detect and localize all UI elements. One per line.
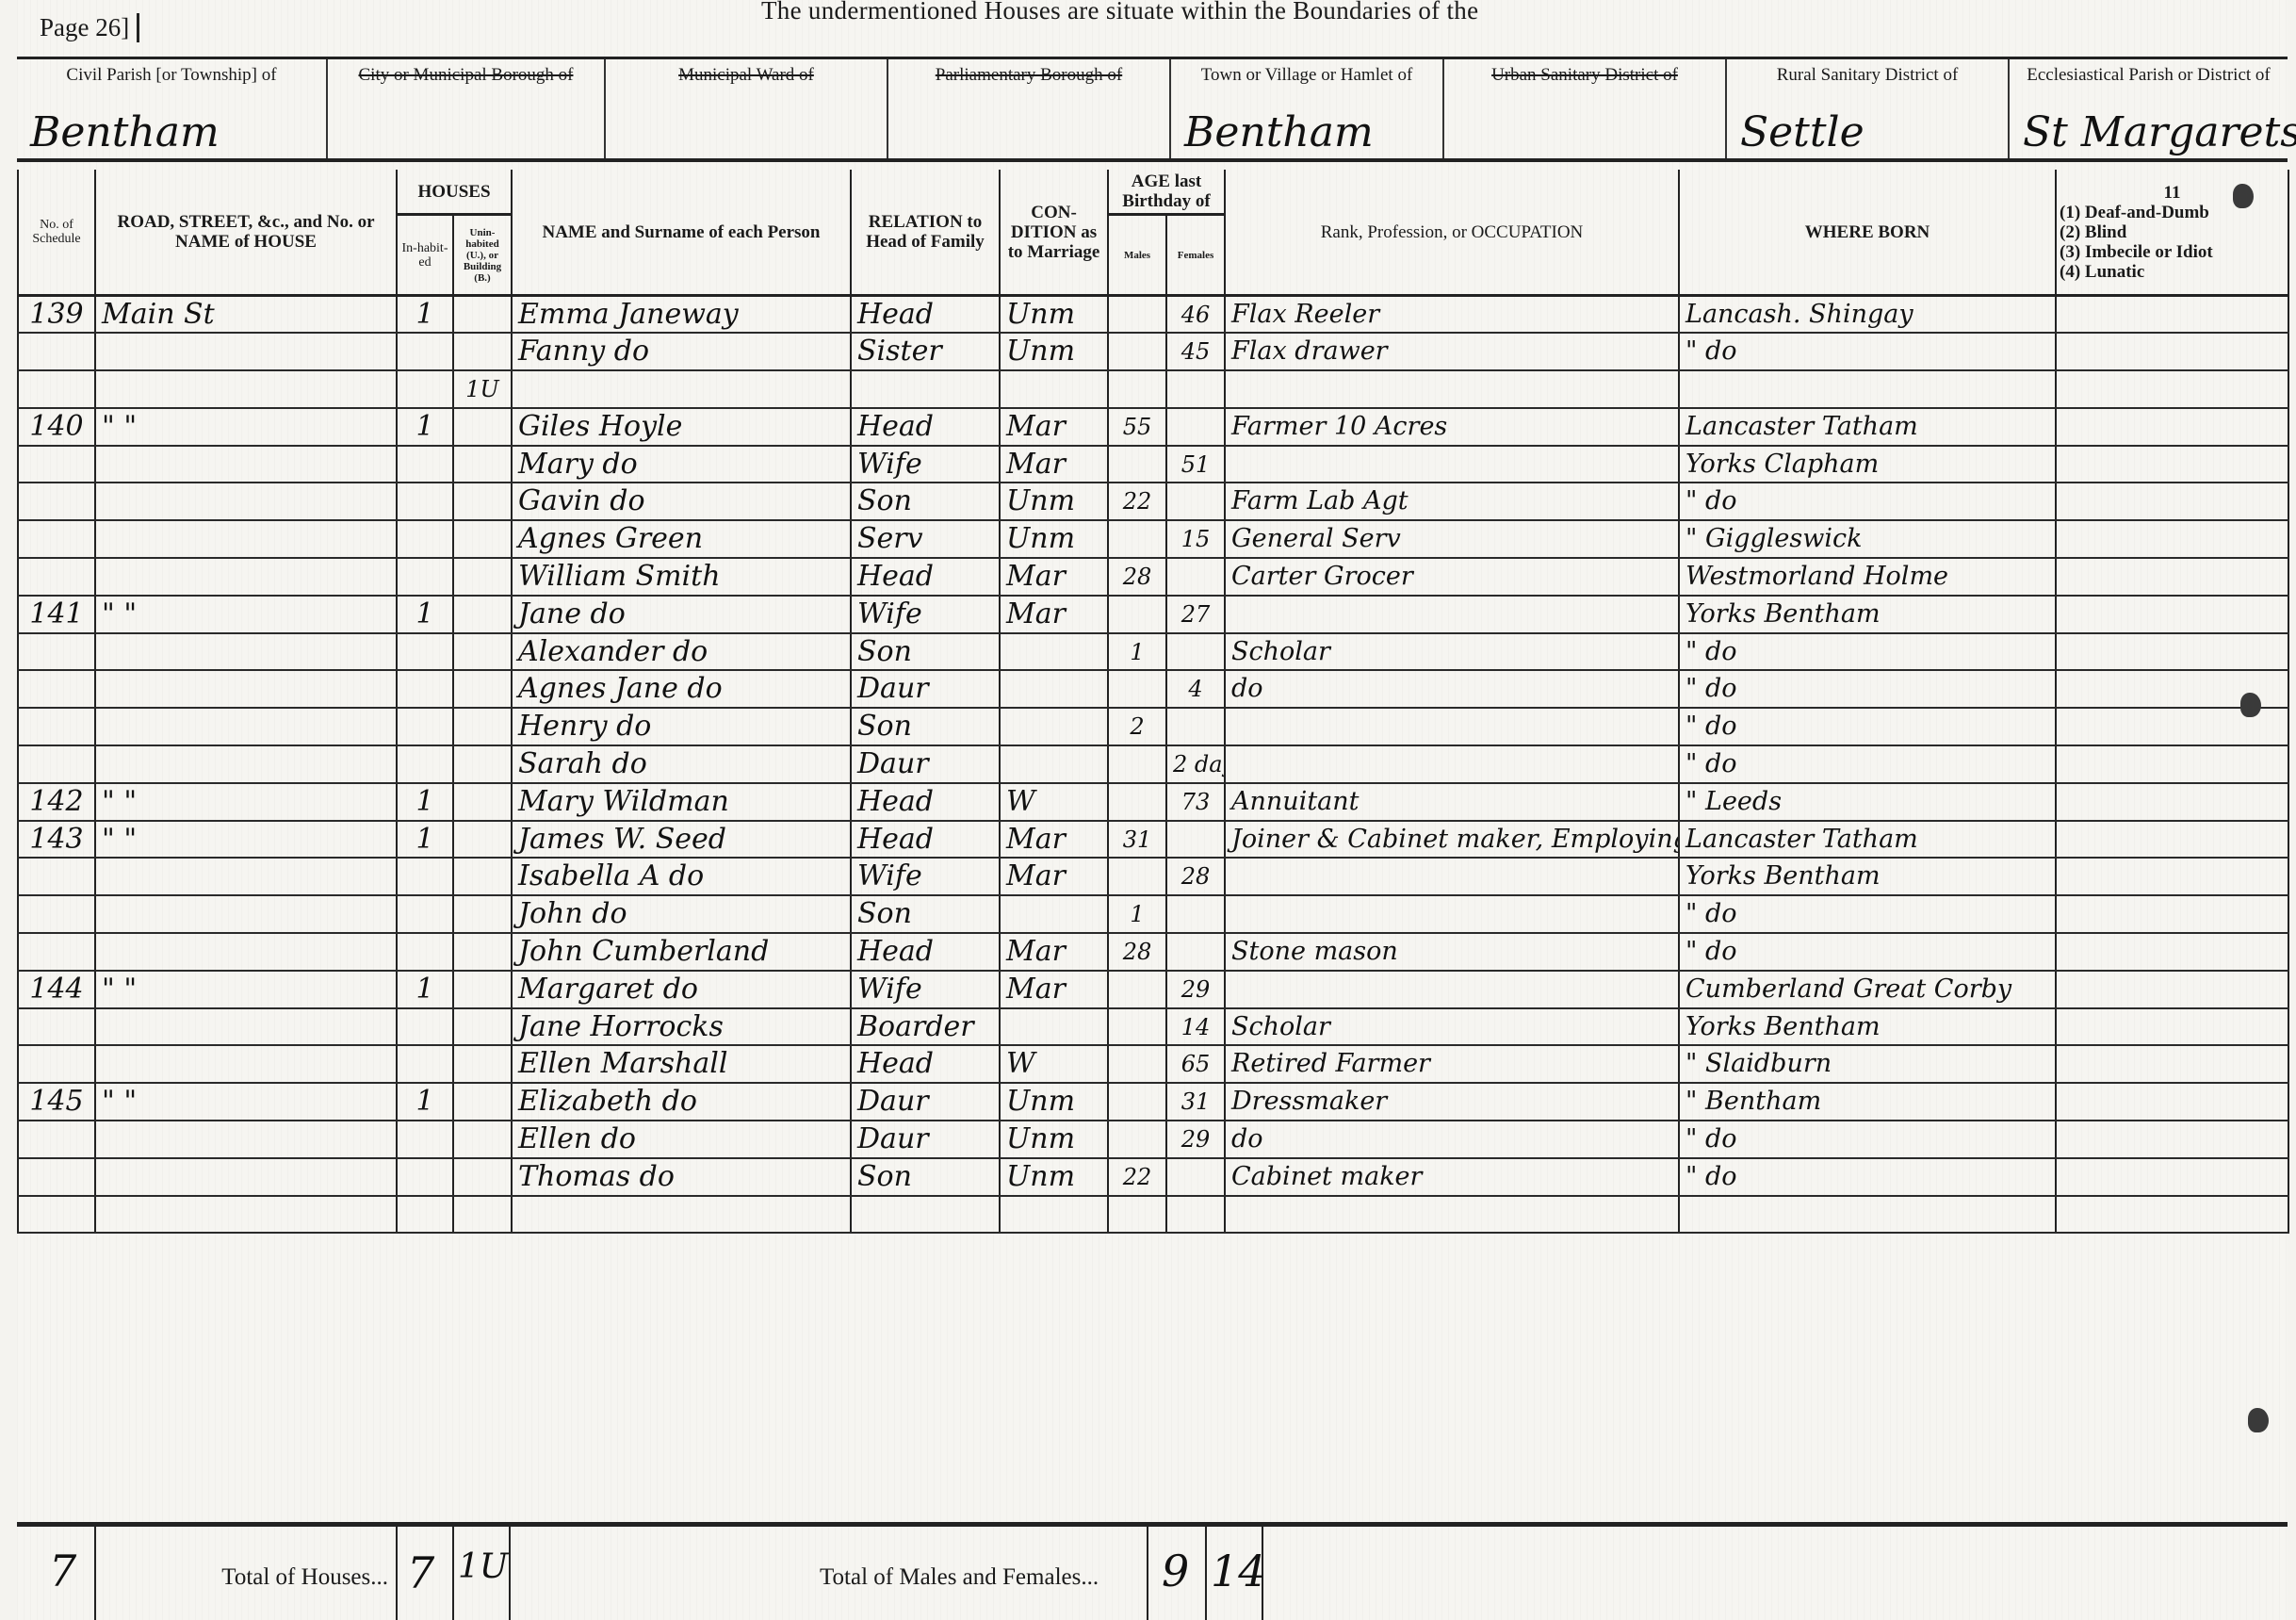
schedule-cell: [18, 933, 95, 971]
where-born-cell: " Leeds: [1679, 783, 2056, 821]
name-cell: Agnes Green: [512, 520, 851, 558]
female-age-cell: 14: [1166, 1008, 1225, 1046]
banner-title: The undermentioned Houses are situate wi…: [761, 0, 1478, 25]
relation-cell: Head: [851, 1045, 1000, 1083]
schedule-cell: [18, 858, 95, 895]
col-road: ROAD, STREET, &c., and No. or NAME of HO…: [95, 170, 397, 296]
infirmity-cell: [2056, 858, 2288, 895]
where-born-cell: " Bentham: [1679, 1083, 2056, 1121]
inhabited-cell: [397, 1045, 453, 1083]
district-label: Civil Parish [or Township] of: [23, 65, 320, 86]
female-age-cell: 51: [1166, 446, 1225, 483]
name-cell: Ellen Marshall: [512, 1045, 851, 1083]
relation-cell: Daur: [851, 745, 1000, 783]
male-age-cell: 2: [1108, 708, 1166, 745]
male-age-cell: 22: [1108, 483, 1166, 520]
schedule-cell: [18, 446, 95, 483]
schedule-cell: [18, 1196, 95, 1234]
infirmity-cell: [2056, 895, 2288, 933]
table-row: 140" "1Giles HoyleHeadMar55Farmer 10 Acr…: [18, 408, 2288, 446]
female-age-cell: [1166, 408, 1225, 446]
road-cell: [95, 1196, 397, 1234]
table-row: 144" "1Margaret doWifeMar29Cumberland Gr…: [18, 971, 2288, 1008]
uninhabited-cell: [453, 745, 512, 783]
condition-cell: [1000, 1008, 1108, 1046]
inhabited-cell: [397, 333, 453, 370]
male-age-cell: [1108, 971, 1166, 1008]
table-row: Fanny doSisterUnm45Flax drawer" do: [18, 333, 2288, 370]
occupation-cell: [1225, 446, 1679, 483]
condition-cell: Mar: [1000, 821, 1108, 859]
road-cell: Main St: [95, 296, 397, 334]
condition-cell: W: [1000, 783, 1108, 821]
female-age-cell: [1166, 895, 1225, 933]
where-born-cell: Lancaster Tatham: [1679, 821, 2056, 859]
occupation-cell: [1225, 708, 1679, 745]
name-cell: [512, 1196, 851, 1234]
houses-uninhabited-total-cell: 1U: [452, 1527, 511, 1620]
table-row: Thomas doSonUnm22Cabinet maker" do: [18, 1158, 2288, 1196]
uninhabited-cell: [453, 1121, 512, 1158]
table-row: 145" "1Elizabeth doDaurUnm31Dressmaker" …: [18, 1083, 2288, 1121]
male-age-cell: [1108, 1008, 1166, 1046]
female-age-cell: 45: [1166, 333, 1225, 370]
female-age-cell: 29: [1166, 1121, 1225, 1158]
col-name: NAME and Surname of each Person: [512, 170, 851, 296]
uninhabited-cell: 1U: [453, 370, 512, 408]
where-born-cell: " do: [1679, 933, 2056, 971]
inhabited-cell: [397, 858, 453, 895]
road-cell: " ": [95, 783, 397, 821]
where-born-cell: " do: [1679, 333, 2056, 370]
uninhabited-cell: [453, 821, 512, 859]
name-cell: John do: [512, 895, 851, 933]
name-cell: William Smith: [512, 558, 851, 596]
relation-cell: Daur: [851, 1083, 1000, 1121]
where-born-cell: Yorks Bentham: [1679, 1008, 2056, 1046]
road-cell: " ": [95, 596, 397, 633]
table-row: Sarah doDaur2 days" do: [18, 745, 2288, 783]
occupation-cell: [1225, 596, 1679, 633]
infirmity-cell: [2056, 633, 2288, 671]
road-cell: " ": [95, 971, 397, 1008]
where-born-cell: [1679, 1196, 2056, 1234]
table-row: 1U: [18, 370, 2288, 408]
name-cell: Emma Janeway: [512, 296, 851, 334]
infirmity-option: (2) Blind: [2060, 222, 2285, 242]
relation-cell: Wife: [851, 446, 1000, 483]
condition-cell: Unm: [1000, 520, 1108, 558]
col-inhabited: In-habit-ed: [397, 215, 453, 296]
infirmity-cell: [2056, 1008, 2288, 1046]
inhabited-cell: 1: [397, 971, 453, 1008]
district-label: Municipal Ward of: [611, 65, 881, 86]
name-cell: Gavin do: [512, 483, 851, 520]
road-cell: [95, 670, 397, 708]
road-cell: [95, 370, 397, 408]
infirmity-cell: [2056, 1121, 2288, 1158]
male-age-cell: [1108, 783, 1166, 821]
inhabited-cell: 1: [397, 783, 453, 821]
condition-cell: Unm: [1000, 1121, 1108, 1158]
district-municipal-borough: City or Municipal Borough of: [328, 59, 606, 158]
road-cell: [95, 1045, 397, 1083]
uninhabited-cell: [453, 633, 512, 671]
male-age-cell: [1108, 670, 1166, 708]
inhabited-cell: [397, 708, 453, 745]
infirmity-cell: [2056, 296, 2288, 334]
condition-cell: [1000, 708, 1108, 745]
where-born-cell: Westmorland Holme: [1679, 558, 2056, 596]
table-row: 139Main St1Emma JanewayHeadUnm46Flax Ree…: [18, 296, 2288, 334]
occupation-cell: Scholar: [1225, 633, 1679, 671]
females-total-cell: 14: [1205, 1527, 1263, 1620]
infirmity-cell: [2056, 333, 2288, 370]
uninhabited-cell: [453, 1158, 512, 1196]
relation-cell: Wife: [851, 971, 1000, 1008]
condition-cell: Mar: [1000, 858, 1108, 895]
condition-cell: [1000, 895, 1108, 933]
female-age-cell: [1166, 933, 1225, 971]
schedule-cell: [18, 1121, 95, 1158]
inhabited-cell: [397, 446, 453, 483]
infirmity-cell: [2056, 596, 2288, 633]
uninhabited-cell: [453, 1008, 512, 1046]
infirmity-cell: [2056, 821, 2288, 859]
condition-cell: Unm: [1000, 333, 1108, 370]
inhabited-cell: 1: [397, 408, 453, 446]
col-age: AGE last Birthday of: [1108, 170, 1225, 215]
table-row: Agnes GreenServUnm15General Serv" Giggle…: [18, 520, 2288, 558]
female-age-cell: 65: [1166, 1045, 1225, 1083]
table-row: Alexander doSon1Scholar" do: [18, 633, 2288, 671]
col-uninhabited: Unin-habited (U.), or Building (B.): [453, 215, 512, 296]
female-age-cell: [1166, 370, 1225, 408]
district-value: St Margarets: [2023, 111, 2296, 155]
road-cell: [95, 446, 397, 483]
name-cell: Isabella A do: [512, 858, 851, 895]
inhabited-cell: [397, 933, 453, 971]
page-number: Page 26]: [40, 13, 139, 42]
condition-cell: [1000, 633, 1108, 671]
houses-total-label-cell: Total of Houses...: [94, 1527, 396, 1620]
female-age-cell: [1166, 558, 1225, 596]
infirmity-cell: [2056, 446, 2288, 483]
female-age-cell: [1166, 633, 1225, 671]
district-label: Ecclesiastical Parish or District of: [2015, 65, 2282, 86]
occupation-cell: Scholar: [1225, 1008, 1679, 1046]
road-cell: [95, 1121, 397, 1158]
uninhabited-cell: [453, 483, 512, 520]
table-row: Mary doWifeMar51Yorks Clapham: [18, 446, 2288, 483]
district-value: Bentham: [1184, 111, 1374, 155]
relation-cell: Daur: [851, 670, 1000, 708]
table-row: Gavin doSonUnm22Farm Lab Agt" do: [18, 483, 2288, 520]
inhabited-cell: 1: [397, 296, 453, 334]
district-value: Bentham: [30, 111, 220, 155]
district-label: Parliamentary Borough of: [894, 65, 1164, 86]
col-where-born: WHERE BORN: [1679, 170, 2056, 296]
name-cell: Sarah do: [512, 745, 851, 783]
table-row: Agnes Jane doDaur4do" do: [18, 670, 2288, 708]
female-age-cell: 15: [1166, 520, 1225, 558]
table-row: Jane HorrocksBoarder14ScholarYorks Benth…: [18, 1008, 2288, 1046]
inhabited-cell: [397, 745, 453, 783]
uninhabited-cell: [453, 670, 512, 708]
total-schedules: 7: [49, 1546, 76, 1596]
uninhabited-cell: [453, 296, 512, 334]
schedule-cell: 143: [18, 821, 95, 859]
relation-cell: Serv: [851, 520, 1000, 558]
name-cell: Mary Wildman: [512, 783, 851, 821]
totals-row: 7 Total of Houses... 7 1U Total of Males…: [17, 1522, 2288, 1620]
male-age-cell: 55: [1108, 408, 1166, 446]
road-cell: [95, 708, 397, 745]
relation-cell: [851, 370, 1000, 408]
occupation-cell: [1225, 895, 1679, 933]
district-value: Settle: [1740, 111, 1864, 155]
census-sheet: Page 26] The undermentioned Houses are s…: [17, 0, 2288, 1620]
inhabited-cell: 1: [397, 821, 453, 859]
relation-cell: Head: [851, 296, 1000, 334]
schedule-cell: 144: [18, 971, 95, 1008]
uninhabited-cell: [453, 596, 512, 633]
schedule-cell: [18, 633, 95, 671]
district-label: Rural Sanitary District of: [1733, 65, 2002, 86]
females-total: 14: [1211, 1546, 1266, 1596]
where-born-cell: Yorks Bentham: [1679, 596, 2056, 633]
occupation-cell: Annuitant: [1225, 783, 1679, 821]
schedule-cell: [18, 558, 95, 596]
female-age-cell: [1166, 821, 1225, 859]
occupation-cell: Retired Farmer: [1225, 1045, 1679, 1083]
where-born-cell: Lancash. Shingay: [1679, 296, 2056, 334]
name-cell: James W. Seed: [512, 821, 851, 859]
male-age-cell: [1108, 1196, 1166, 1234]
road-cell: [95, 558, 397, 596]
uninhabited-cell: [453, 895, 512, 933]
occupation-cell: Flax Reeler: [1225, 296, 1679, 334]
schedule-cell: 142: [18, 783, 95, 821]
schedule-cell: 139: [18, 296, 95, 334]
male-age-cell: 28: [1108, 933, 1166, 971]
infirmity-cell: [2056, 783, 2288, 821]
district-rural-sanitary: Rural Sanitary District of Settle: [1727, 59, 2010, 158]
where-born-cell: Yorks Bentham: [1679, 858, 2056, 895]
male-age-cell: 31: [1108, 821, 1166, 859]
district-label: Urban Sanitary District of: [1450, 65, 1719, 86]
district-header: Civil Parish [or Township] of Bentham Ci…: [17, 57, 2288, 162]
persons-total-label: Total of Males and Females...: [820, 1564, 1099, 1591]
road-cell: [95, 1008, 397, 1046]
uninhabited-cell: [453, 1045, 512, 1083]
road-cell: [95, 1158, 397, 1196]
relation-cell: Wife: [851, 596, 1000, 633]
table-row: John doSon1" do: [18, 895, 2288, 933]
road-cell: [95, 483, 397, 520]
infirmity-cell: [2056, 520, 2288, 558]
infirmity-cell: [2056, 558, 2288, 596]
where-born-cell: Yorks Clapham: [1679, 446, 2056, 483]
occupation-cell: [1225, 1196, 1679, 1234]
male-age-cell: [1108, 370, 1166, 408]
road-cell: [95, 745, 397, 783]
relation-cell: Head: [851, 558, 1000, 596]
uninhabited-cell: [453, 1083, 512, 1121]
female-age-cell: 73: [1166, 783, 1225, 821]
schedule-cell: [18, 1008, 95, 1046]
where-born-cell: [1679, 370, 2056, 408]
table-row: 141" "1Jane doWifeMar27Yorks Bentham: [18, 596, 2288, 633]
district-municipal-ward: Municipal Ward of: [606, 59, 888, 158]
where-born-cell: " do: [1679, 633, 2056, 671]
where-born-cell: " do: [1679, 483, 2056, 520]
uninhabited-cell: [453, 708, 512, 745]
condition-cell: Mar: [1000, 558, 1108, 596]
schedule-cell: [18, 1045, 95, 1083]
table-row: Ellen doDaurUnm29do" do: [18, 1121, 2288, 1158]
male-age-cell: [1108, 333, 1166, 370]
table-row: Ellen MarshallHeadW65Retired Farmer" Sla…: [18, 1045, 2288, 1083]
relation-cell: Boarder: [851, 1008, 1000, 1046]
male-age-cell: 28: [1108, 558, 1166, 596]
schedule-cell: [18, 708, 95, 745]
condition-cell: Mar: [1000, 933, 1108, 971]
col-females: Females: [1166, 215, 1225, 296]
occupation-cell: [1225, 370, 1679, 408]
road-cell: " ": [95, 1083, 397, 1121]
schedule-cell: [18, 1158, 95, 1196]
col-houses: HOUSES: [397, 170, 512, 215]
female-age-cell: [1166, 708, 1225, 745]
where-born-cell: " do: [1679, 895, 2056, 933]
houses-uninhabited-total: 1U: [458, 1547, 508, 1586]
relation-cell: Son: [851, 895, 1000, 933]
infirmity-option: (4) Lunatic: [2060, 262, 2285, 282]
schedule-cell: [18, 333, 95, 370]
occupation-cell: Farmer 10 Acres: [1225, 408, 1679, 446]
condition-cell: W: [1000, 1045, 1108, 1083]
name-cell: Elizabeth do: [512, 1083, 851, 1121]
female-age-cell: [1166, 1196, 1225, 1234]
name-cell: Mary do: [512, 446, 851, 483]
relation-cell: [851, 1196, 1000, 1234]
condition-cell: Unm: [1000, 1158, 1108, 1196]
condition-cell: [1000, 370, 1108, 408]
schedule-cell: [18, 370, 95, 408]
female-age-cell: 46: [1166, 296, 1225, 334]
female-age-cell: 2 days: [1166, 745, 1225, 783]
female-age-cell: 28: [1166, 858, 1225, 895]
name-cell: Fanny do: [512, 333, 851, 370]
occupation-cell: Dressmaker: [1225, 1083, 1679, 1121]
occupation-cell: Joiner & Cabinet maker, Employing 2 Boys: [1225, 821, 1679, 859]
where-born-cell: " do: [1679, 670, 2056, 708]
inhabited-cell: [397, 670, 453, 708]
infirmity-cell: [2056, 1158, 2288, 1196]
schedule-cell: [18, 670, 95, 708]
inhabited-cell: 1: [397, 1083, 453, 1121]
infirmity-cell: [2056, 1196, 2288, 1234]
col-relation: RELATION to Head of Family: [851, 170, 1000, 296]
schedule-cell: [18, 520, 95, 558]
occupation-cell: General Serv: [1225, 520, 1679, 558]
where-born-cell: " Giggleswick: [1679, 520, 2056, 558]
infirmity-cell: [2056, 971, 2288, 1008]
where-born-cell: " do: [1679, 1158, 2056, 1196]
schedule-cell: 145: [18, 1083, 95, 1121]
name-cell: Jane Horrocks: [512, 1008, 851, 1046]
infirmity-cell: [2056, 1083, 2288, 1121]
table-row: Isabella A doWifeMar28Yorks Bentham: [18, 858, 2288, 895]
name-cell: [512, 370, 851, 408]
relation-cell: Son: [851, 483, 1000, 520]
district-label: Town or Village or Hamlet of: [1177, 65, 1437, 86]
uninhabited-cell: [453, 446, 512, 483]
ink-blot: [2248, 1408, 2269, 1432]
relation-cell: Son: [851, 708, 1000, 745]
name-cell: Giles Hoyle: [512, 408, 851, 446]
where-born-cell: " do: [1679, 1121, 2056, 1158]
inhabited-cell: [397, 558, 453, 596]
road-cell: [95, 858, 397, 895]
male-age-cell: [1108, 1045, 1166, 1083]
infirmity-cell: [2056, 370, 2288, 408]
relation-cell: Head: [851, 821, 1000, 859]
inhabited-cell: [397, 1121, 453, 1158]
male-age-cell: [1108, 745, 1166, 783]
col-infirmity: 11 (1) Deaf-and-Dumb (2) Blind (3) Imbec…: [2056, 170, 2288, 296]
ink-blot: [2240, 693, 2261, 717]
where-born-cell: Lancaster Tatham: [1679, 408, 2056, 446]
occupation-cell: do: [1225, 670, 1679, 708]
condition-cell: Mar: [1000, 408, 1108, 446]
condition-cell: Mar: [1000, 971, 1108, 1008]
inhabited-cell: [397, 1158, 453, 1196]
female-age-cell: 31: [1166, 1083, 1225, 1121]
relation-cell: Wife: [851, 858, 1000, 895]
district-town-village: Town or Village or Hamlet of Bentham: [1171, 59, 1444, 158]
schedule-cell: 140: [18, 408, 95, 446]
males-total-cell: 9: [1147, 1527, 1205, 1620]
infirmity-cell: [2056, 745, 2288, 783]
female-age-cell: 29: [1166, 971, 1225, 1008]
where-born-cell: " do: [1679, 708, 2056, 745]
female-age-cell: 27: [1166, 596, 1225, 633]
uninhabited-cell: [453, 783, 512, 821]
male-age-cell: [1108, 446, 1166, 483]
infirmity-option: (1) Deaf-and-Dumb: [2060, 203, 2285, 222]
occupation-cell: Stone mason: [1225, 933, 1679, 971]
condition-cell: Unm: [1000, 296, 1108, 334]
schedule-cell: [18, 895, 95, 933]
inhabited-cell: [397, 483, 453, 520]
uninhabited-cell: [453, 1196, 512, 1234]
name-cell: Henry do: [512, 708, 851, 745]
occupation-cell: [1225, 971, 1679, 1008]
relation-cell: Son: [851, 633, 1000, 671]
male-age-cell: 1: [1108, 895, 1166, 933]
relation-cell: Head: [851, 783, 1000, 821]
condition-cell: [1000, 745, 1108, 783]
name-cell: Agnes Jane do: [512, 670, 851, 708]
male-age-cell: [1108, 296, 1166, 334]
road-cell: [95, 933, 397, 971]
male-age-cell: [1108, 596, 1166, 633]
name-cell: Alexander do: [512, 633, 851, 671]
road-cell: [95, 895, 397, 933]
uninhabited-cell: [453, 333, 512, 370]
